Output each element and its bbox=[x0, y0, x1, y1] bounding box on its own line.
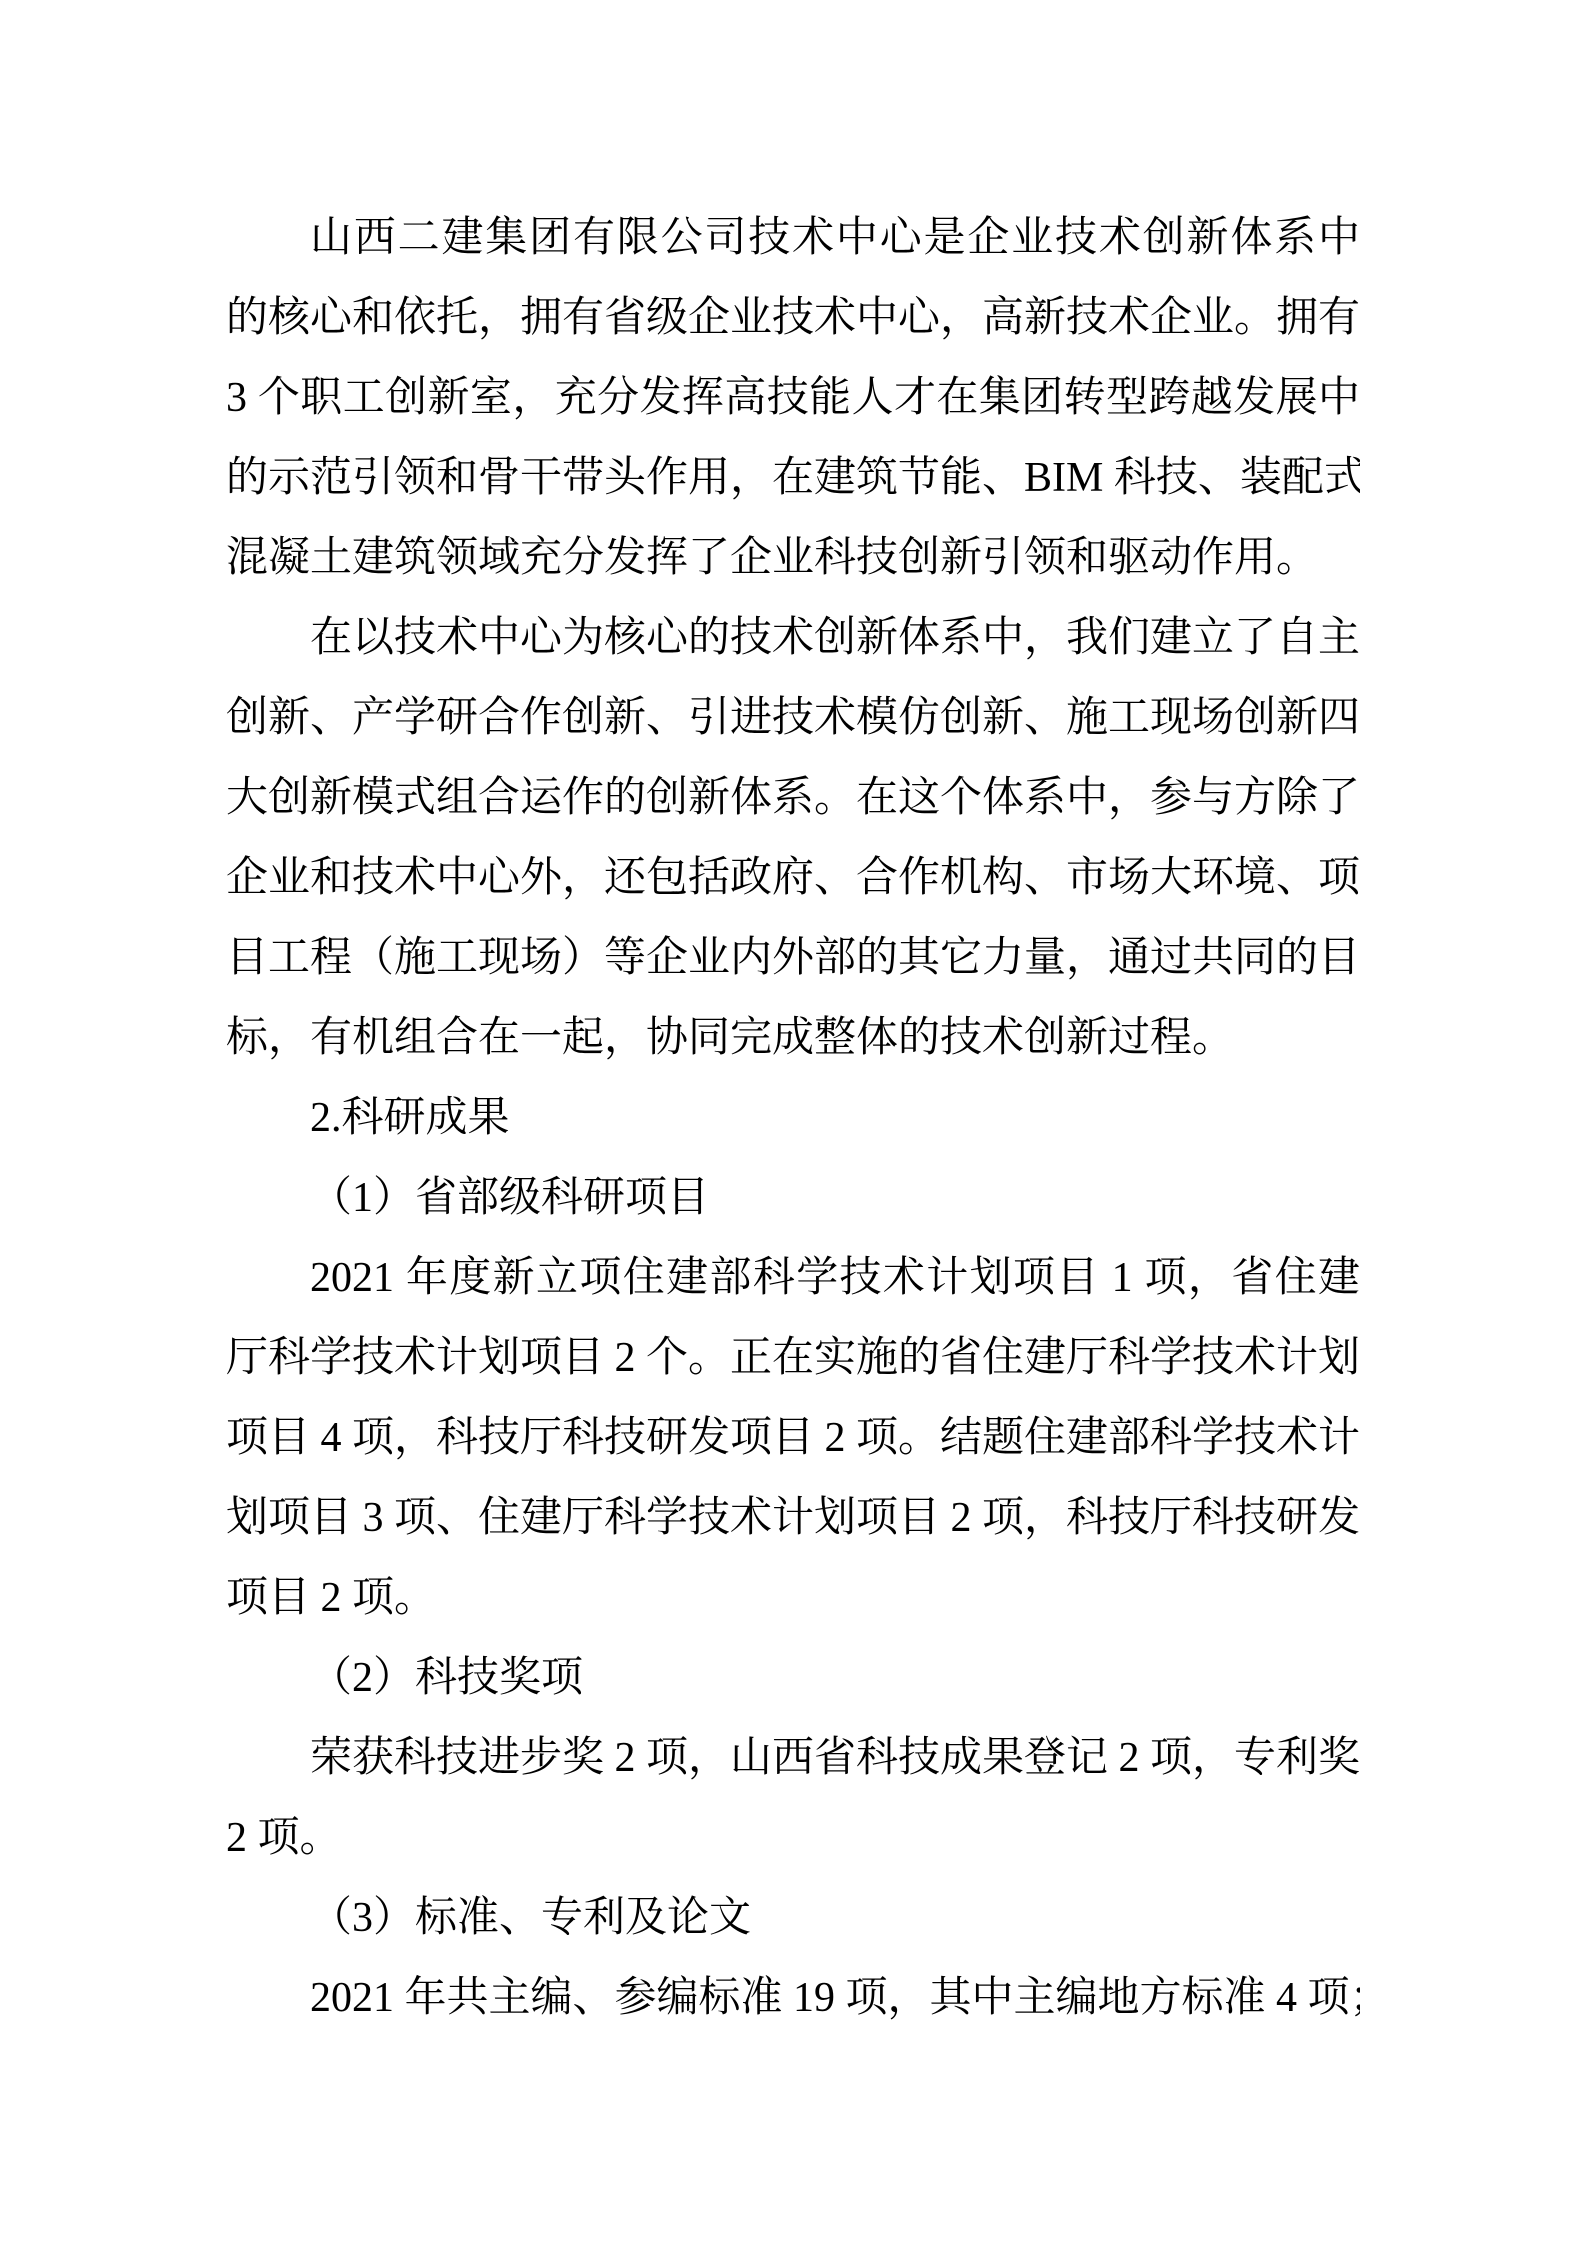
text-line: 2021 年度新立项住建部科学技术计划项目 1 项，省住建 bbox=[226, 1238, 1360, 1318]
text-line: 的核心和依托，拥有省级企业技术中心，高新技术企业。拥有 bbox=[226, 278, 1360, 358]
text-line: 2 项。 bbox=[226, 1798, 1360, 1878]
text-line: 大创新模式组合运作的创新体系。在这个体系中，参与方除了 bbox=[226, 758, 1360, 838]
paragraph: 在以技术中心为核心的技术创新体系中，我们建立了自主创新、产学研合作创新、引进技术… bbox=[226, 598, 1360, 1078]
text-line: 在以技术中心为核心的技术创新体系中，我们建立了自主 bbox=[226, 598, 1360, 678]
text-line: 创新、产学研合作创新、引进技术模仿创新、施工现场创新四 bbox=[226, 678, 1360, 758]
paragraph: （2）科技奖项 bbox=[226, 1638, 1360, 1718]
paragraph: （1）省部级科研项目 bbox=[226, 1158, 1360, 1238]
text-line: 厅科学技术计划项目 2 个。正在实施的省住建厅科学技术计划 bbox=[226, 1318, 1360, 1398]
paragraph: 山西二建集团有限公司技术中心是企业技术创新体系中的核心和依托，拥有省级企业技术中… bbox=[226, 198, 1360, 598]
paragraph: 荣获科技进步奖 2 项，山西省科技成果登记 2 项，专利奖2 项。 bbox=[226, 1718, 1360, 1878]
text-line: 混凝土建筑领域充分发挥了企业科技创新引领和驱动作用。 bbox=[226, 518, 1360, 598]
text-line: （2）科技奖项 bbox=[226, 1638, 1360, 1718]
text-line: 荣获科技进步奖 2 项，山西省科技成果登记 2 项，专利奖 bbox=[226, 1718, 1360, 1798]
text-line: 企业和技术中心外，还包括政府、合作机构、市场大环境、项 bbox=[226, 838, 1360, 918]
text-line: 山西二建集团有限公司技术中心是企业技术创新体系中 bbox=[226, 198, 1360, 278]
text-line: 2021 年共主编、参编标准 19 项，其中主编地方标准 4 项； bbox=[226, 1958, 1360, 2038]
text-line: （3）标准、专利及论文 bbox=[226, 1878, 1360, 1958]
text-line: 的示范引领和骨干带头作用，在建筑节能、BIM 科技、装配式 bbox=[226, 438, 1360, 518]
text-line: 2.科研成果 bbox=[226, 1078, 1360, 1158]
paragraph: 2021 年度新立项住建部科学技术计划项目 1 项，省住建厅科学技术计划项目 2… bbox=[226, 1238, 1360, 1638]
text-line: 划项目 3 项、住建厅科学技术计划项目 2 项，科技厅科技研发 bbox=[226, 1478, 1360, 1558]
paragraph: 2021 年共主编、参编标准 19 项，其中主编地方标准 4 项； bbox=[226, 1958, 1360, 2038]
document-page: 山西二建集团有限公司技术中心是企业技术创新体系中的核心和依托，拥有省级企业技术中… bbox=[0, 0, 1587, 2245]
text-line: 项目 4 项，科技厅科技研发项目 2 项。结题住建部科学技术计 bbox=[226, 1398, 1360, 1478]
text-line: （1）省部级科研项目 bbox=[226, 1158, 1360, 1238]
paragraph: 2.科研成果 bbox=[226, 1078, 1360, 1158]
text-line: 标，有机组合在一起，协同完成整体的技术创新过程。 bbox=[226, 998, 1360, 1078]
document-body: 山西二建集团有限公司技术中心是企业技术创新体系中的核心和依托，拥有省级企业技术中… bbox=[226, 198, 1360, 2038]
text-line: 项目 2 项。 bbox=[226, 1558, 1360, 1638]
paragraph: （3）标准、专利及论文 bbox=[226, 1878, 1360, 1958]
text-line: 目工程（施工现场）等企业内外部的其它力量，通过共同的目 bbox=[226, 918, 1360, 998]
text-line: 3 个职工创新室，充分发挥高技能人才在集团转型跨越发展中 bbox=[226, 358, 1360, 438]
